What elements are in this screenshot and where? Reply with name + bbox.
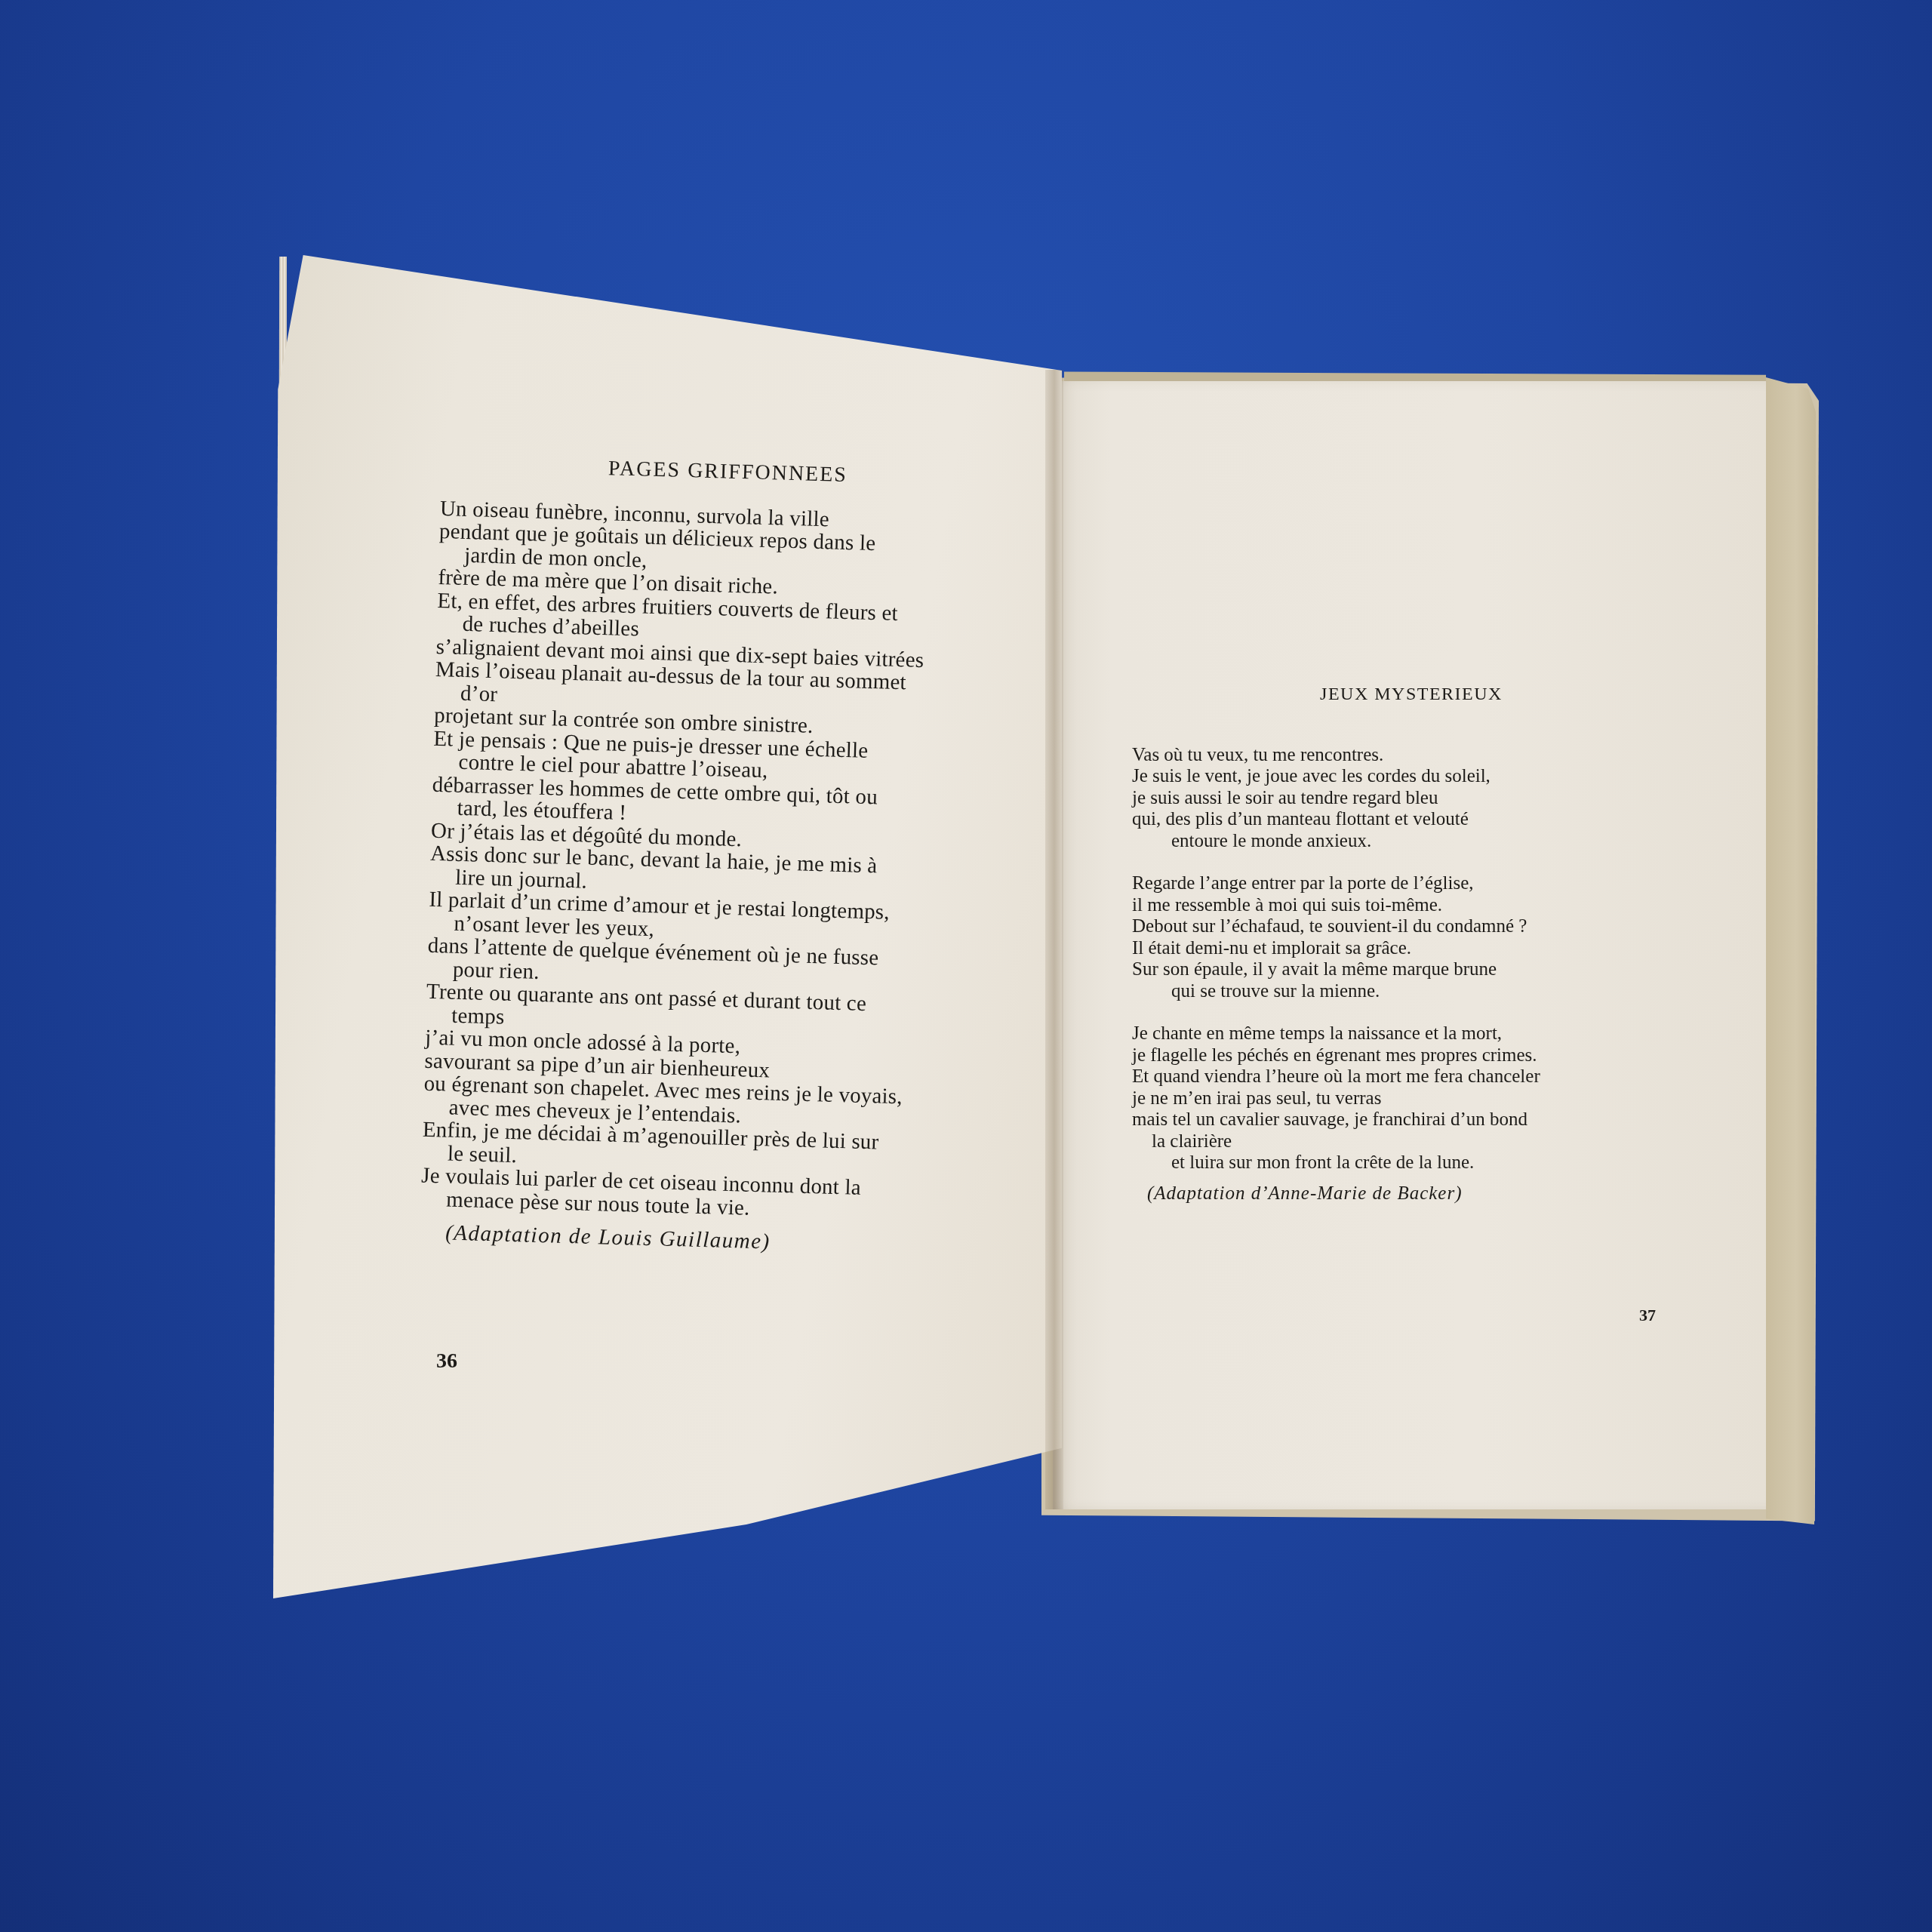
- poem-attribution-right: (Adaptation d’Anne-Marie de Backer): [1132, 1183, 1660, 1205]
- poem-title-right: JEUX MYSTERIEUX: [1132, 684, 1660, 706]
- stanza-3: Je chante en même temps la naissance et …: [1132, 1023, 1660, 1174]
- photo-scene: PAGES GRIFFONNEES Un oiseau funèbre, inc…: [0, 0, 1932, 1932]
- poem-line: Sur son épaule, il y avait la même marqu…: [1132, 959, 1660, 981]
- book-gutter: [1045, 370, 1063, 1509]
- poem-line: je ne m’en irai pas seul, tu verras: [1132, 1088, 1660, 1110]
- stanza-2: Regarde l’ange entrer par la porte de l’…: [1132, 873, 1660, 1002]
- left-page-text: PAGES GRIFFONNEES Un oiseau funèbre, inc…: [420, 453, 1015, 1260]
- poem-line: mais tel un cavalier sauvage, je franchi…: [1132, 1109, 1660, 1131]
- poem-line: je suis aussi le soir au tendre regard b…: [1132, 788, 1660, 810]
- poem-line: Regarde l’ange entrer par la porte de l’…: [1132, 873, 1660, 895]
- poem-line: la clairière: [1132, 1131, 1660, 1153]
- poem-line: Je chante en même temps la naissance et …: [1132, 1023, 1660, 1045]
- poem-line: Je suis le vent, je joue avec les cordes…: [1132, 766, 1660, 788]
- poem-line: il me ressemble à moi qui suis toi-même.: [1132, 895, 1660, 917]
- poem-line: qui, des plis d’un manteau flottant et v…: [1132, 809, 1660, 831]
- poem-line: Il était demi-nu et implorait sa grâce.: [1132, 938, 1660, 960]
- poem-line: entoure le monde anxieux.: [1132, 831, 1660, 853]
- page-number-left: 36: [436, 1349, 457, 1374]
- stanza-1: Vas où tu veux, tu me rencontres. Je sui…: [1132, 745, 1660, 853]
- poem-line: Debout sur l’échafaud, te souvient-il du…: [1132, 916, 1660, 938]
- page-number-right: 37: [1639, 1306, 1656, 1325]
- poem-line: Vas où tu veux, tu me rencontres.: [1132, 745, 1660, 767]
- right-page-text: JEUX MYSTERIEUX Vas où tu veux, tu me re…: [1132, 684, 1660, 1204]
- book-cover-right-edge: [1766, 377, 1816, 1524]
- poem-line: je flagelle les péchés en égrenant mes p…: [1132, 1045, 1660, 1067]
- poem-line: Et quand viendra l’heure où la mort me f…: [1132, 1066, 1660, 1088]
- poem-line: qui se trouve sur la mienne.: [1132, 981, 1660, 1003]
- poem-line: et luira sur mon front la crête de la lu…: [1132, 1152, 1660, 1174]
